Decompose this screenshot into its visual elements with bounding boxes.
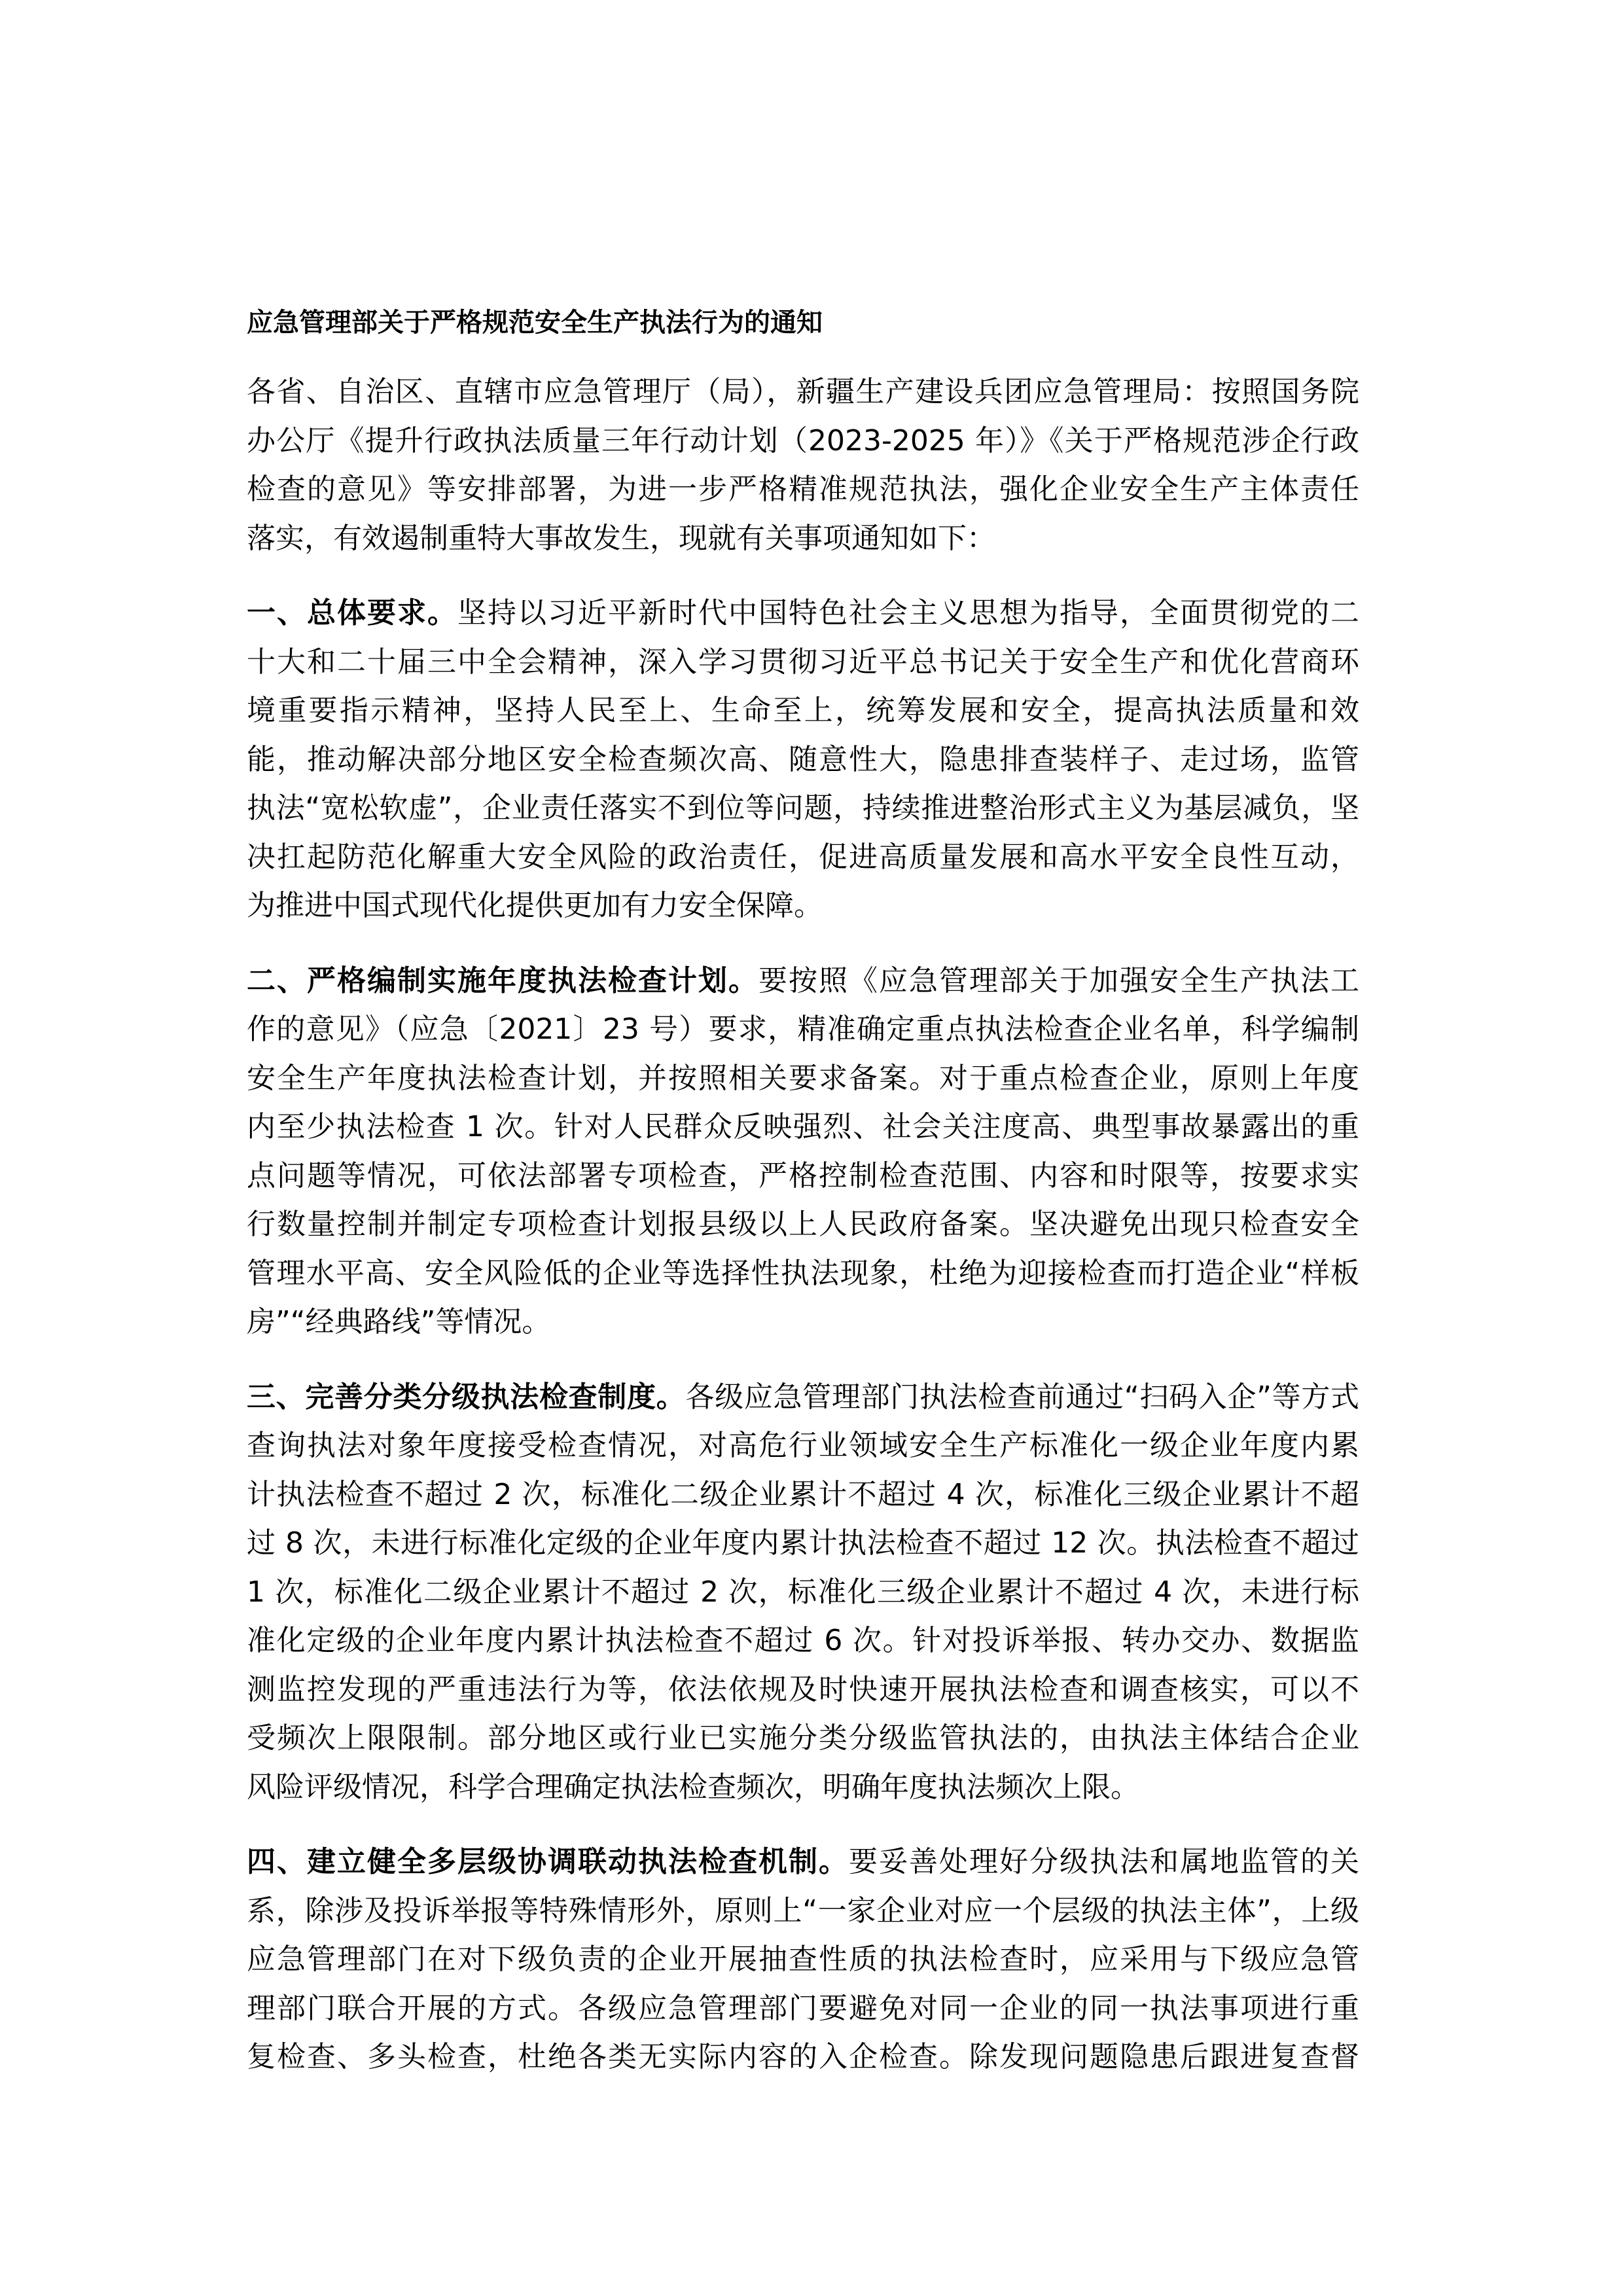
intro-paragraph: 各省、自治区、直辖市应急管理厅（局），新疆生产建设兵团应急管理局：按照国务院 办… — [247, 368, 1385, 563]
section-heading: 二、严格编制实施年度执法检查计划。 — [247, 964, 758, 997]
text-line: 检查的意见》等安排部署，为进一步严格精准规范执法，强化企业安全生产主体责任 — [247, 465, 1359, 514]
document-title: 应急管理部关于严格规范安全生产执法行为的通知 — [247, 300, 1385, 346]
text-line: 各省、自治区、直辖市应急管理厅（局），新疆生产建设兵团应急管理局：按照国务院 — [247, 368, 1359, 417]
text-span: 各级应急管理部门执法检查前通过“扫码入企”等方式 — [685, 1380, 1359, 1414]
text-line: 境重要指示精神，坚持人民至上、生命至上，统筹发展和安全，提高执法质量和效 — [247, 687, 1359, 736]
section-1-paragraph: 一、总体要求。坚持以习近平新时代中国特色社会主义思想为指导，全面贯彻党的二 十大… — [247, 589, 1385, 931]
text-line: 十大和二十届三中全会精神，深入学习贯彻习近平总书记关于安全生产和优化营商环 — [247, 638, 1359, 687]
text-span: 要妥善处理好分级执法和属地监管的关 — [849, 1845, 1359, 1878]
section-4-paragraph: 四、建立健全多层级协调联动执法检查机制。要妥善处理好分级执法和属地监管的关 系，… — [247, 1838, 1385, 2082]
text-line: 风险评级情况，科学合理确定执法检查频次，明确年度执法频次上限。 — [247, 1763, 1359, 1812]
text-line: 二、严格编制实施年度执法检查计划。要按照《应急管理部关于加强安全生产执法工 — [247, 957, 1359, 1006]
section-3-paragraph: 三、完善分类分级执法检查制度。各级应急管理部门执法检查前通过“扫码入企”等方式 … — [247, 1373, 1385, 1812]
text-line: 行数量控制并制定专项检查计划报县级以上人民政府备案。坚决避免出现只检查安全 — [247, 1200, 1359, 1249]
text-line: 查询执法对象年度接受检查情况，对高危行业领域安全生产标准化一级企业年度内累 — [247, 1422, 1359, 1471]
text-line: 系，除涉及投诉举报等特殊情形外，原则上“一家企业对应一个层级的执法主体”，上级 — [247, 1887, 1359, 1936]
text-line: 1 次，标准化二级企业累计不超过 2 次，标准化三级企业累计不超过 4 次，未进… — [247, 1568, 1359, 1617]
text-line: 四、建立健全多层级协调联动执法检查机制。要妥善处理好分级执法和属地监管的关 — [247, 1838, 1359, 1887]
text-line: 应急管理部门在对下级负责的企业开展抽查性质的执法检查时，应采用与下级应急管 — [247, 1935, 1359, 1984]
text-line: 管理水平高、安全风险低的企业等选择性执法现象，杜绝为迎接检查而打造企业“样板 — [247, 1249, 1359, 1299]
text-line: 为推进中国式现代化提供更加有力安全保障。 — [247, 882, 1359, 931]
text-line: 过 8 次，未进行标准化定级的企业年度内累计执法检查不超过 12 次。执法检查不… — [247, 1519, 1359, 1568]
text-line: 点问题等情况，可依法部署专项检查，严格控制检查范围、内容和时限等，按要求实 — [247, 1152, 1359, 1201]
text-line: 办公厅《提升行政执法质量三年行动计划（2023-2025 年）》《关于严格规范涉… — [247, 417, 1359, 466]
text-line: 内至少执法检查 1 次。针对人民群众反映强烈、社会关注度高、典型事故暴露出的重 — [247, 1103, 1359, 1152]
text-span: 坚持以习近平新时代中国特色社会主义思想为指导，全面贯彻党的二 — [457, 596, 1359, 630]
text-line: 测监控发现的严重违法行为等，依法依规及时快速开展执法检查和调查核实，可以不 — [247, 1666, 1359, 1715]
section-2-paragraph: 二、严格编制实施年度执法检查计划。要按照《应急管理部关于加强安全生产执法工 作的… — [247, 957, 1385, 1347]
text-line: 作的意见》（应急〔2021〕23 号）要求，精准确定重点执法检查企业名单，科学编… — [247, 1005, 1359, 1054]
text-line: 准化定级的企业年度内累计执法检查不超过 6 次。针对投诉举报、转办交办、数据监 — [247, 1617, 1359, 1666]
document-page: 应急管理部关于严格规范安全生产执法行为的通知 各省、自治区、直辖市应急管理厅（局… — [247, 300, 1385, 2108]
text-line: 受频次上限限制。部分地区或行业已实施分类分级监管执法的，由执法主体结合企业 — [247, 1714, 1359, 1763]
section-heading: 四、建立健全多层级协调联动执法检查机制。 — [247, 1845, 849, 1878]
text-line: 能，推动解决部分地区安全检查频次高、随意性大，隐患排查装样子、走过场，监管 — [247, 736, 1359, 785]
text-line: 计执法检查不超过 2 次，标准化二级企业累计不超过 4 次，标准化三级企业累计不… — [247, 1471, 1359, 1520]
text-line: 执法“宽松软虚”，企业责任落实不到位等问题，持续推进整治形式主义为基层减负，坚 — [247, 784, 1359, 833]
text-line: 决扛起防范化解重大安全风险的政治责任，促进高质量发展和高水平安全良性互动， — [247, 833, 1359, 882]
section-heading: 三、完善分类分级执法检查制度。 — [247, 1380, 685, 1414]
text-line: 三、完善分类分级执法检查制度。各级应急管理部门执法检查前通过“扫码入企”等方式 — [247, 1373, 1359, 1422]
text-span: 要按照《应急管理部关于加强安全生产执法工 — [758, 964, 1359, 997]
text-line: 落实，有效遏制重特大事故发生，现就有关事项通知如下： — [247, 514, 1359, 564]
text-line: 理部门联合开展的方式。各级应急管理部门要避免对同一企业的同一执法事项进行重 — [247, 1984, 1359, 2034]
text-line: 复检查、多头检查，杜绝各类无实际内容的入企检查。除发现问题隐患后跟进复查督 — [247, 2033, 1359, 2082]
section-heading: 一、总体要求。 — [247, 596, 457, 630]
text-line: 房”“经典路线”等情况。 — [247, 1298, 1359, 1347]
text-line: 一、总体要求。坚持以习近平新时代中国特色社会主义思想为指导，全面贯彻党的二 — [247, 589, 1359, 638]
text-line: 安全生产年度执法检查计划，并按照相关要求备案。对于重点检查企业，原则上年度 — [247, 1054, 1359, 1103]
